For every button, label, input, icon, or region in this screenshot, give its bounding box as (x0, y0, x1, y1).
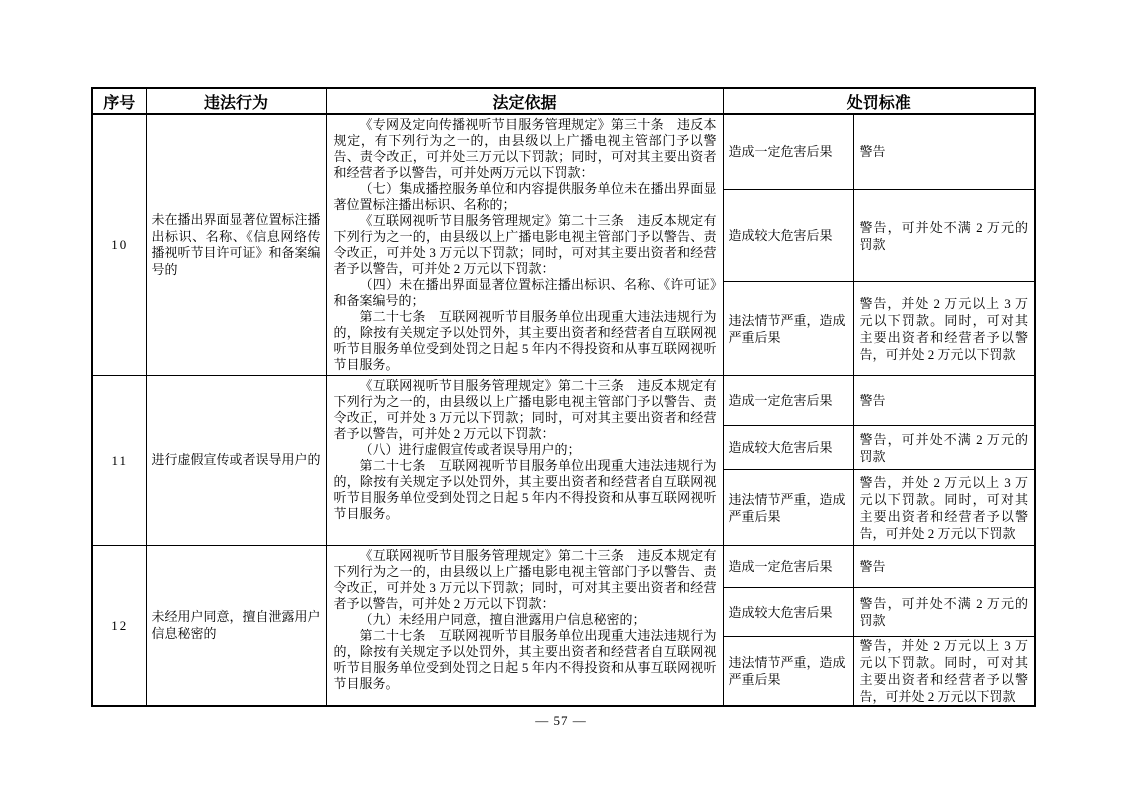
table-header-row: 序号 违法行为 法定依据 处罚标准 (92, 88, 1035, 114)
serial-number: 10 (92, 114, 146, 376)
penalty-condition-cell: 造成较大危害后果 (723, 426, 853, 470)
penalty-standard-cell: 警告 (853, 114, 1035, 189)
penalty-standard-cell: 警告，并处 2 万元以上 3 万元以下罚款。同时，可对其主要出资者和经营者予以警… (853, 470, 1035, 546)
serial-number: 11 (92, 376, 146, 546)
violation-behavior-cell: 未在播出界面显著位置标注播出标识、名称、《信息网络传播视听节目许可证》和备案编号… (146, 114, 326, 376)
legal-basis-paragraph: 《互联网视听节目服务管理规定》第二十三条 违反本规定有下列行为之一的，由县级以上… (334, 548, 717, 612)
legal-basis-paragraph: （九）未经用户同意，擅自泄露用户信息秘密的； (334, 612, 717, 628)
legal-basis-paragraph: （八）进行虚假宣传或者误导用户的； (334, 442, 717, 458)
penalty-standard-cell: 警告，并处 2 万元以上 3 万元以下罚款。同时，可对其主要出资者和经营者予以警… (853, 282, 1035, 376)
legal-basis-paragraph: 《互联网视听节目服务管理规定》第二十三条 违反本规定有下列行为之一的，由县级以上… (334, 213, 717, 277)
penalty-condition-cell: 造成一定危害后果 (723, 546, 853, 588)
document-page: 序号 违法行为 法定依据 处罚标准 10 未在播出界面显著位置标注播出标识、名称… (0, 0, 1122, 793)
legal-basis-paragraph: 第二十七条 互联网视听节目服务单位出现重大违法违规行为的，除按有关规定予以处罚外… (334, 458, 717, 522)
legal-basis-paragraph: 第二十七条 互联网视听节目服务单位出现重大违法违规行为的，除按有关规定予以处罚外… (334, 309, 717, 373)
penalty-condition-cell: 造成一定危害后果 (723, 114, 853, 189)
violation-behavior-cell: 未经用户同意，擅自泄露用户信息秘密的 (146, 546, 326, 707)
table-row-12: 12 未经用户同意，擅自泄露用户信息秘密的 《互联网视听节目服务管理规定》第二十… (92, 546, 1035, 588)
violation-behavior-cell: 进行虚假宣传或者误导用户的 (146, 376, 326, 546)
penalty-condition-cell: 违法情节严重，造成严重后果 (723, 282, 853, 376)
penalty-standard-cell: 警告 (853, 546, 1035, 588)
header-serial-number: 序号 (92, 88, 146, 114)
penalty-standard-cell: 警告，可并处不满 2 万元的罚款 (853, 426, 1035, 470)
violation-penalty-table: 序号 违法行为 法定依据 处罚标准 10 未在播出界面显著位置标注播出标识、名称… (91, 87, 1036, 707)
penalty-standard-cell: 警告，可并处不满 2 万元的罚款 (853, 189, 1035, 282)
penalty-condition-cell: 造成较大危害后果 (723, 588, 853, 637)
table-row-11: 11 进行虚假宣传或者误导用户的 《互联网视听节目服务管理规定》第二十三条 违反… (92, 376, 1035, 426)
table-row-10: 10 未在播出界面显著位置标注播出标识、名称、《信息网络传播视听节目许可证》和备… (92, 114, 1035, 189)
penalty-standard-cell: 警告 (853, 376, 1035, 426)
penalty-standard-cell: 警告，可并处不满 2 万元的罚款 (853, 588, 1035, 637)
legal-basis-paragraph: （七）集成播控服务单位和内容提供服务单位未在播出界面显著位置标注播出标识、名称的… (334, 181, 717, 213)
penalty-standard-cell: 警告，并处 2 万元以上 3 万元以下罚款。同时，可对其主要出资者和经营者予以警… (853, 637, 1035, 707)
legal-basis-cell: 《互联网视听节目服务管理规定》第二十三条 违反本规定有下列行为之一的，由县级以上… (326, 376, 723, 546)
header-penalty-standard: 处罚标准 (723, 88, 1035, 114)
penalty-condition-cell: 违法情节严重，造成严重后果 (723, 637, 853, 707)
legal-basis-paragraph: 《互联网视听节目服务管理规定》第二十三条 违反本规定有下列行为之一的，由县级以上… (334, 378, 717, 442)
page-number: — 57 — (0, 713, 1122, 729)
legal-basis-cell: 《互联网视听节目服务管理规定》第二十三条 违反本规定有下列行为之一的，由县级以上… (326, 546, 723, 707)
penalty-condition-cell: 造成一定危害后果 (723, 376, 853, 426)
serial-number: 12 (92, 546, 146, 707)
legal-basis-paragraph: （四）未在播出界面显著位置标注播出标识、名称、《许可证》和备案编号的； (334, 277, 717, 309)
legal-basis-cell: 《专网及定向传播视听节目服务管理规定》第三十条 违反本规定，有下列行为之一的，由… (326, 114, 723, 376)
header-violation-behavior: 违法行为 (146, 88, 326, 114)
header-legal-basis: 法定依据 (326, 88, 723, 114)
penalty-condition-cell: 造成较大危害后果 (723, 189, 853, 282)
legal-basis-paragraph: 第二十七条 互联网视听节目服务单位出现重大违法违规行为的，除按有关规定予以处罚外… (334, 628, 717, 692)
penalty-condition-cell: 违法情节严重，造成严重后果 (723, 470, 853, 546)
legal-basis-paragraph: 《专网及定向传播视听节目服务管理规定》第三十条 违反本规定，有下列行为之一的，由… (334, 117, 717, 181)
